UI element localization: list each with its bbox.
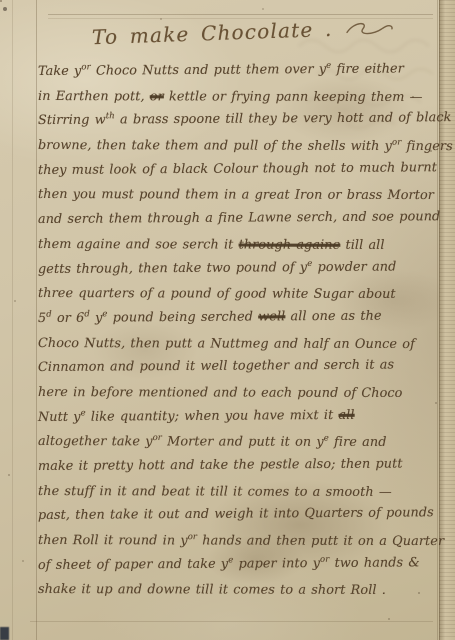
handwritten-text: Morter and putt it on y — [162, 435, 324, 450]
handwritten-text: fingers — [401, 139, 452, 154]
manuscript-line: 5d or 6d ye pound being serched well all… — [38, 308, 444, 336]
manuscript-line: getts through, then take two pound of ye… — [38, 259, 444, 287]
handwritten-text: or 6 — [52, 311, 85, 326]
foxing-speckles — [0, 0, 2, 2]
handwritten-text: the stuff in it and beat it till it come… — [38, 484, 392, 500]
superscript-abbreviation: or — [188, 532, 197, 542]
manuscript-lines: Take yor Choco Nutts and putt them over … — [38, 64, 444, 607]
superscript-abbreviation: or — [153, 433, 162, 443]
handwritten-text: altogether take y — [38, 434, 153, 449]
bottom-fold-crease — [30, 621, 433, 622]
handwritten-text: pound being serched — [108, 309, 259, 325]
left-margin-crease-outer — [12, 0, 13, 640]
handwritten-text: of sheet of paper and take y — [38, 556, 228, 572]
handwritten-text: Choco Nutts, then putt a Nuttmeg and hal… — [38, 336, 415, 352]
handwritten-text: Cinnamon and pound it well together and … — [38, 358, 394, 375]
handwritten-text: Take y — [38, 64, 82, 79]
manuscript-line: Stirring wth a brass spoone till they be… — [38, 111, 444, 139]
dark-corner-shadow — [0, 627, 9, 640]
handwritten-text: Choco Nutts and putt them over y — [91, 62, 327, 79]
handwritten-text: all one as the — [285, 308, 381, 324]
handwritten-text: paper into y — [233, 556, 320, 572]
left-margin-crease — [36, 0, 37, 640]
handwritten-text: like quantity; when you have mixt it — [86, 408, 339, 425]
handwritten-text: make it pretty hott and take the pestle … — [38, 456, 403, 474]
superscript-abbreviation: or — [81, 62, 90, 72]
handwritten-text: powder and — [312, 259, 396, 275]
manuscript-line: Take yor Choco Nutts and putt them over … — [38, 61, 444, 89]
manuscript-line: past, then take it out and weigh it into… — [38, 506, 444, 534]
crossed-out-text: well — [258, 309, 285, 324]
handwritten-text: fire and — [329, 435, 387, 450]
handwritten-text: browne, then take them and pull of the s… — [38, 138, 392, 154]
handwritten-text: three quarters of a pound of good white … — [38, 286, 396, 302]
manuscript-line: Nutt ye like quantity; when you have mix… — [38, 407, 444, 435]
handwritten-text: till all — [340, 238, 384, 253]
handwritten-text: two hands & — [329, 555, 420, 571]
handwritten-text: hands and then putt it on a Quarter — [197, 533, 444, 549]
crossed-out-text: all — [338, 407, 354, 422]
handwritten-text: Nutt y — [38, 409, 81, 424]
handwritten-text: getts through, then take two pound of y — [38, 260, 307, 277]
handwritten-text: y — [90, 310, 103, 325]
manuscript-line: Cinnamon and pound it well together and … — [38, 357, 444, 385]
handwritten-text: then Roll it round in y — [38, 533, 188, 548]
manuscript-line: shake it up and downe till it comes to a… — [38, 582, 444, 608]
crossed-out-text: through againe — [239, 237, 341, 252]
handwritten-text: in Earthen pott, — [38, 89, 150, 104]
handwritten-text: a brass spoone till they be very hott an… — [115, 110, 452, 127]
title-flourish — [342, 17, 395, 43]
handwritten-text: they must look of a black Colour though … — [38, 160, 437, 178]
manuscript-line: make it pretty hott and take the pestle … — [38, 456, 444, 484]
handwritten-text: them againe and soe serch it — [38, 237, 239, 253]
superscript-abbreviation: or — [392, 138, 401, 148]
manuscript-scan: To make Chocolate . Take yor Choco Nutts… — [0, 0, 455, 640]
crossed-out-text: or — [150, 89, 164, 104]
manuscript-line: of sheet of paper and take ye paper into… — [38, 555, 444, 583]
handwritten-text: past, then take it out and weigh it into… — [38, 506, 434, 524]
manuscript-line: they must look of a black Colour though … — [38, 160, 444, 188]
handwritten-text: and serch them through a fine Lawne serc… — [38, 209, 440, 227]
handwritten-text: kettle or frying pann keeping them — — [164, 89, 423, 105]
superscript-abbreviation: th — [106, 112, 115, 122]
manuscript-line: and serch them through a fine Lawne serc… — [38, 209, 444, 237]
handwritten-text: here in before mentioned and to each pou… — [38, 385, 403, 401]
handwritten-text: shake it up and downe till it comes to a… — [38, 582, 386, 598]
handwritten-text: then you must pound them in a great Iron… — [38, 187, 434, 203]
handwritten-text: fire either — [331, 61, 404, 77]
handwritten-text: Stirring w — [38, 113, 106, 128]
